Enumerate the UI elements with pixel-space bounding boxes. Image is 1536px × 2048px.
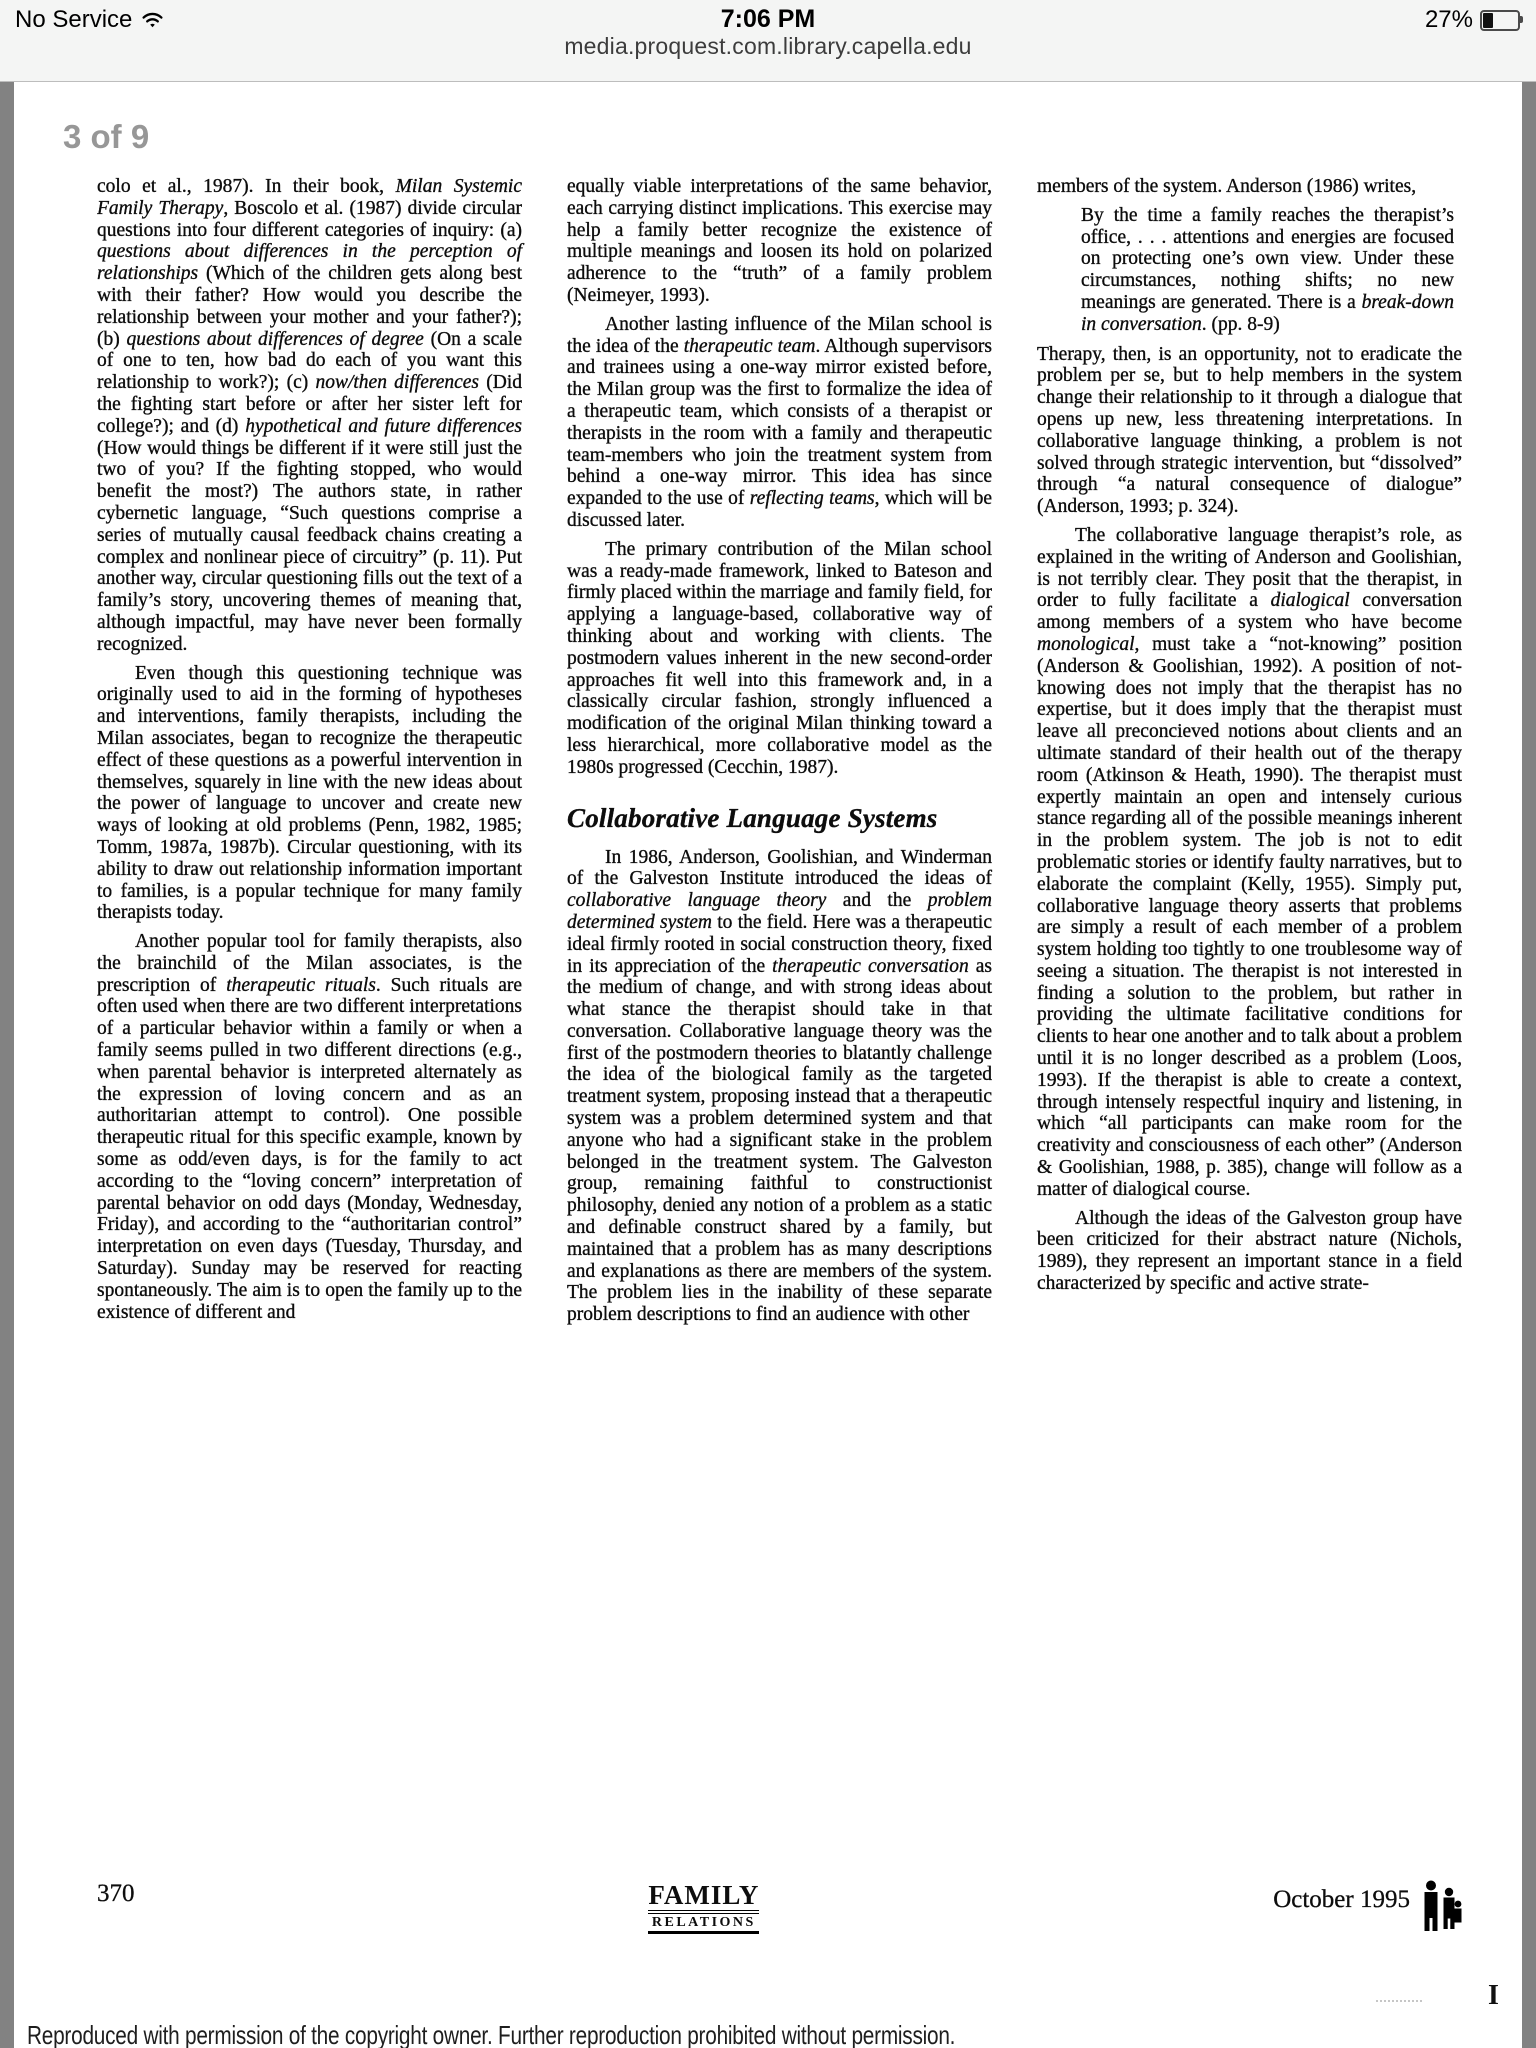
- article-column: members of the system. Anderson (1986) w…: [1037, 176, 1462, 1876]
- paragraph: In 1986, Anderson, Goolishian, and Winde…: [567, 847, 992, 1327]
- pdf-page[interactable]: 3 of 9 colo et al., 1987). In their book…: [0, 82, 1536, 2048]
- block-quote: By the time a family reaches the therapi…: [1081, 205, 1454, 336]
- page-indicator: 3 of 9: [63, 118, 149, 156]
- scan-tick-artifact: I: [1488, 1980, 1499, 2012]
- issue-date: October 1995: [1273, 1886, 1410, 1914]
- clock: 7:06 PM: [0, 5, 1536, 34]
- journal-logo-relations: RELATIONS: [648, 1915, 759, 1934]
- battery-status: 27%: [1425, 6, 1520, 34]
- battery-icon: [1480, 10, 1520, 31]
- family-figures-icon: [1420, 1880, 1462, 1937]
- paragraph: equally viable interpretations of the sa…: [567, 176, 992, 307]
- paragraph: The primary contribution of the Milan sc…: [567, 539, 992, 779]
- page-number: 370: [97, 1880, 135, 1908]
- page-footer: 370 FAMILY RELATIONS October 1995: [97, 1880, 1462, 1940]
- footer-issue-date-group: October 1995: [1273, 1880, 1462, 1937]
- paragraph: members of the system. Anderson (1986) w…: [1037, 176, 1462, 198]
- paragraph: The collaborative language therapist’s r…: [1037, 525, 1462, 1201]
- journal-logo-family: FAMILY: [648, 1882, 759, 1914]
- paragraph: Another lasting influence of the Milan s…: [567, 314, 992, 532]
- status-bar: No Service 7:06 PM 27% media.proquest.co…: [0, 0, 1536, 82]
- article-column: equally viable interpretations of the sa…: [567, 176, 992, 1876]
- article-body: colo et al., 1987). In their book, Milan…: [97, 176, 1462, 1876]
- paragraph: Another popular tool for family therapis…: [97, 931, 522, 1323]
- paragraph: Therapy, then, is an opportunity, not to…: [1037, 344, 1462, 518]
- paragraph: Even though this questioning technique w…: [97, 663, 522, 925]
- paragraph: Although the ideas of the Galveston grou…: [1037, 1208, 1462, 1295]
- battery-percent-label: 27%: [1425, 6, 1473, 34]
- copyright-notice: Reproduced with permission of the copyri…: [27, 2020, 955, 2048]
- article-column: colo et al., 1987). In their book, Milan…: [97, 176, 522, 1876]
- journal-logo: FAMILY RELATIONS: [648, 1882, 759, 1934]
- section-heading: Collaborative Language Systems: [567, 803, 992, 833]
- scan-dots-artifact: [1376, 2000, 1422, 2002]
- paragraph: colo et al., 1987). In their book, Milan…: [97, 176, 522, 656]
- address-bar[interactable]: media.proquest.com.library.capella.edu: [0, 33, 1536, 60]
